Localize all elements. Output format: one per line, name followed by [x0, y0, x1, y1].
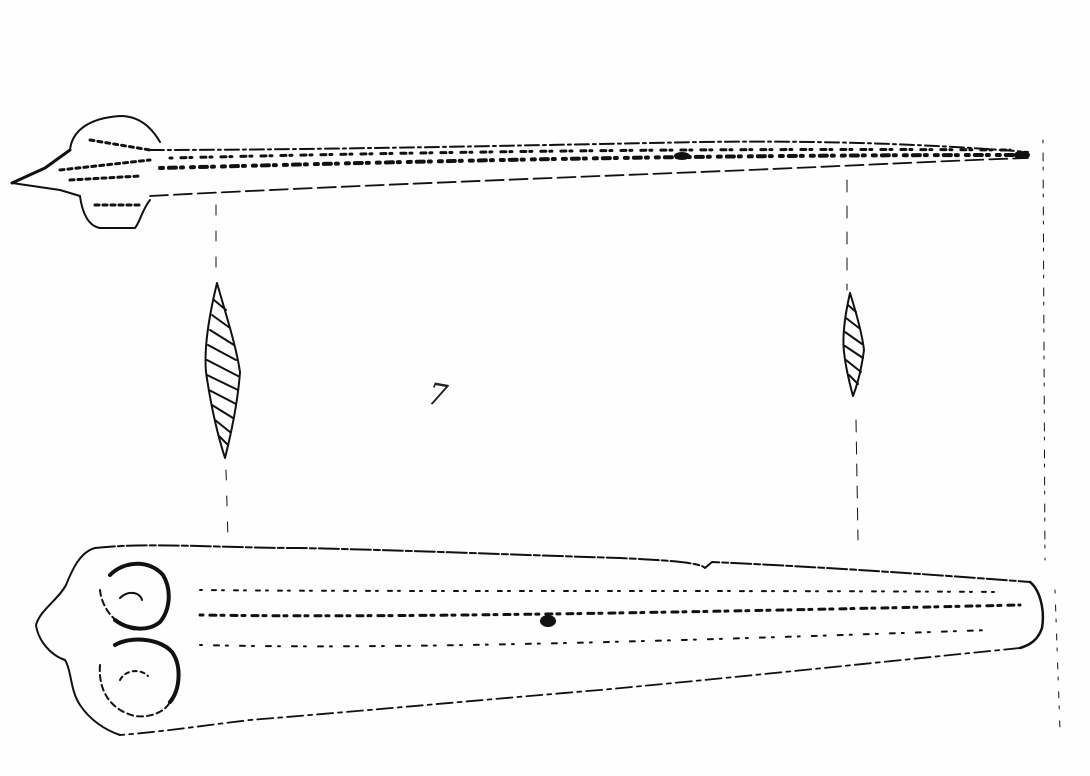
plan-view: [36, 545, 1043, 735]
cross-section-lower: [843, 293, 864, 396]
projection-lines: [216, 140, 1060, 730]
side-profile-view: [12, 116, 1030, 228]
dagger-drawing: [0, 0, 1090, 776]
drawing-sheet: 7: [0, 0, 1090, 776]
cross-section-upper: [205, 283, 240, 458]
